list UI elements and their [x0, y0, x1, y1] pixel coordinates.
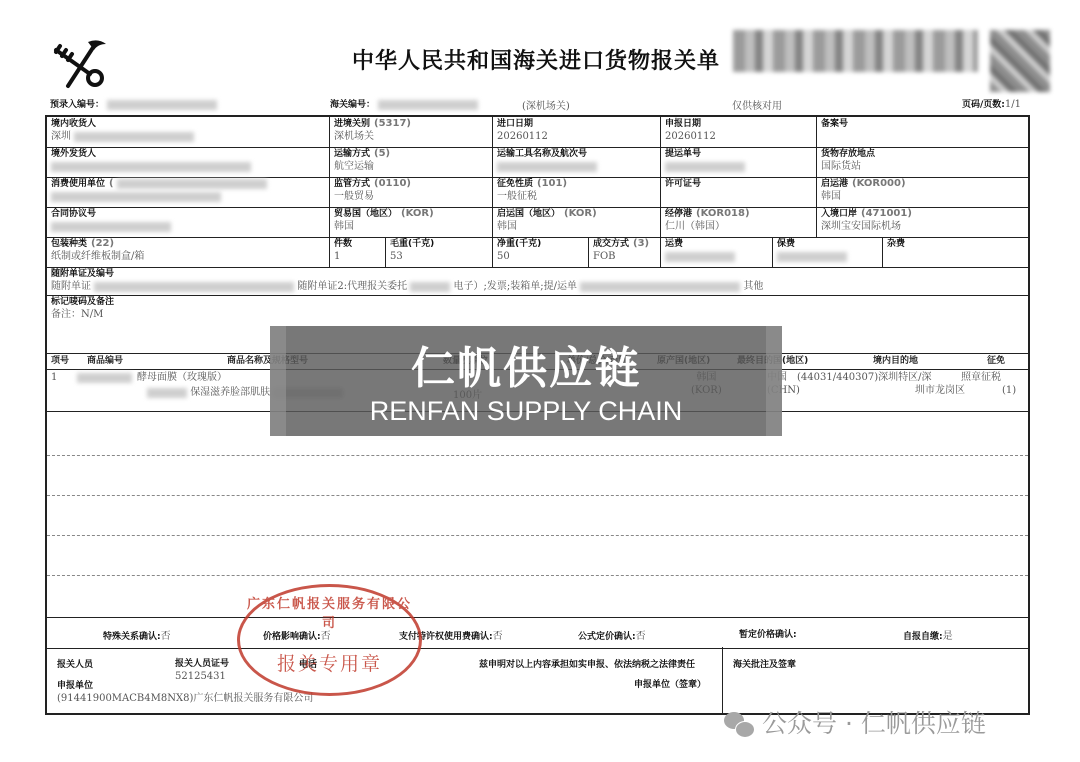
customs-number: 海关编号： — [330, 97, 478, 110]
form-row: 包装种类(22) 纸制或纤维板制盒/箱 件数 1 毛重(千克) 53 净重(千克… — [47, 237, 1028, 268]
customs-office: (深机场关) — [522, 97, 570, 112]
field-package-type: 包装种类(22) 纸制或纤维板制盒/箱 — [47, 237, 330, 267]
wechat-icon — [724, 712, 754, 738]
field-net-weight: 净重(千克) 50 — [493, 237, 589, 267]
field-gross-weight: 毛重(千克) 53 — [386, 237, 493, 267]
field-supervision-mode: 监管方式(0110) 一般贸易 — [330, 177, 493, 207]
field-insurance: 保费 — [773, 237, 883, 267]
form-row: 境内收货人 深圳 进境关别(5317) 深机场关 进口日期 20260112 申… — [47, 117, 1028, 148]
customs-emblem-icon — [50, 36, 110, 92]
form-row: 合同协议号 贸易国（地区）(KOR) 韩国 启运国（地区）(KOR) 韩国 经停… — [47, 207, 1028, 238]
confirm-formula-pricing: 公式定价确认:否 — [578, 627, 646, 642]
goods-row-divider — [47, 575, 1028, 576]
field-vessel-voyage: 运输工具名称及航次号 — [493, 147, 661, 177]
brand-watermark: 仁帆供应链 RENFAN SUPPLY CHAIN — [270, 326, 782, 436]
confirmations-row: 特殊关系确认:否 价格影响确认:否 支付特许权使用费确认:否 公式定价确认:否 … — [47, 617, 1028, 649]
field-overseas-shipper: 境外发货人 — [47, 147, 330, 177]
field-transaction-mode: 成交方式(3) FOB — [589, 237, 661, 267]
field-departure-country: 启运国（地区）(KOR) 韩国 — [493, 207, 661, 237]
form-row: 境外发货人 运输方式(5) 航空运输 运输工具名称及航次号 提运单号 货物存放地… — [47, 147, 1028, 178]
wechat-account-watermark: 公众号 · 仁帆供应链 — [724, 704, 986, 740]
redacted-barcode — [733, 30, 978, 72]
redacted-qr-code — [990, 30, 1050, 92]
field-import-date: 进口日期 20260112 — [493, 117, 661, 147]
field-freight: 运费 — [661, 237, 773, 267]
col-domestic-destination: 境内目的地 — [873, 353, 918, 366]
field-consumer-unit: 消费使用单位( — [47, 177, 330, 207]
field-entry-port-of-entry: 入境口岸(471001) 深圳宝安国际机场 — [817, 207, 1028, 237]
confirm-provisional-price: 暂定价格确认: — [739, 627, 797, 640]
page-indicator: 页码/页数:1/1 — [962, 97, 1021, 110]
verification-note: 仅供核对用 — [732, 97, 782, 112]
field-transport-mode: 运输方式(5) 航空运输 — [330, 147, 493, 177]
field-tax-nature: 征免性质(101) 一般征税 — [493, 177, 661, 207]
field-bill-of-lading: 提运单号 — [661, 147, 817, 177]
goods-row-divider — [47, 495, 1028, 496]
field-contract-no: 合同协议号 — [47, 207, 330, 237]
customs-declaration-stamp: 广东仁帆报关服务有限公司 报关专用章 — [237, 584, 422, 696]
page-title: 中华人民共和国海关进口货物报关单 — [352, 44, 720, 75]
field-storage-location: 货物存放地点 国际货站 — [817, 147, 1028, 177]
confirm-self-declare: 自报自缴:是 — [903, 627, 953, 642]
confirm-special-relationship: 特殊关系确认:否 — [103, 627, 171, 642]
field-trade-country: 贸易国（地区）(KOR) 韩国 — [330, 207, 493, 237]
field-transit-port: 经停港(KOR018) 仁川（韩国） — [661, 207, 817, 237]
field-entry-port: 进境关别(5317) 深机场关 — [330, 117, 493, 147]
field-attached-documents: 随附单证及编号 随附单证 随附单证2:代理报关委托 电子）;发票;装箱单;提/运… — [47, 267, 1028, 295]
pre-entry-number: 预录入编号： — [50, 97, 217, 110]
goods-row-divider — [47, 455, 1028, 456]
form-row: 消费使用单位( 监管方式(0110) 一般贸易 征免性质(101) 一般征税 许… — [47, 177, 1028, 208]
field-declaration-date: 申报日期 20260112 — [661, 117, 817, 147]
field-misc-fees: 杂费 — [883, 237, 1028, 267]
col-item-no: 项号 — [51, 353, 69, 366]
field-record-no: 备案号 — [817, 117, 1028, 147]
field-package-count: 件数 1 — [330, 237, 386, 267]
field-consignee: 境内收货人 深圳 — [47, 117, 330, 147]
field-departure-port: 启运港(KOR000) 韩国 — [817, 177, 1028, 207]
col-hs-code: 商品编号 — [87, 353, 123, 366]
col-exemption: 征免 — [987, 353, 1005, 366]
goods-row-divider — [47, 535, 1028, 536]
field-license-no: 许可证号 — [661, 177, 817, 207]
documents-row: 随附单证及编号 随附单证 随附单证2:代理报关委托 电子）;发票;装箱单;提/运… — [47, 267, 1028, 296]
